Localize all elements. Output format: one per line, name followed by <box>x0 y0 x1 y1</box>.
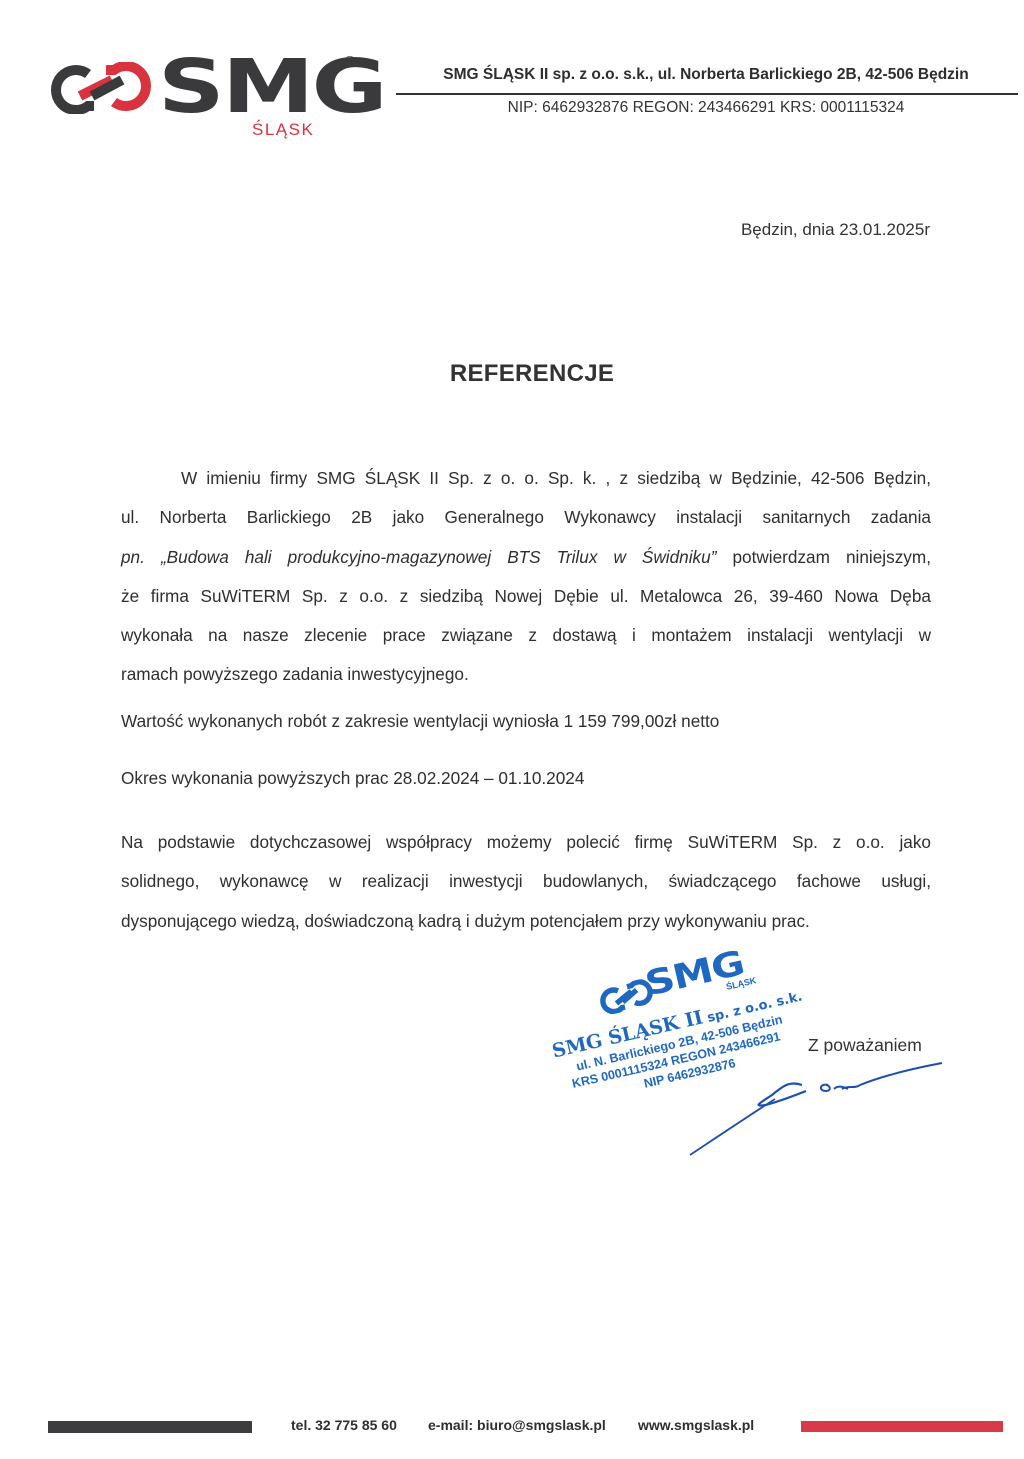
smg-infinity-link-logo-icon <box>48 62 152 114</box>
footer-phone: tel. 32 775 85 60 <box>291 1417 397 1433</box>
paragraph-line: wykonała na nasze zlecenie prace związan… <box>121 616 931 655</box>
handwritten-signature <box>680 1055 950 1165</box>
closing-salutation: Z poważaniem <box>808 1035 922 1056</box>
paragraph-line: że firma SuWiTERM Sp. z o.o. z siedzibą … <box>121 577 931 616</box>
execution-period: Okres wykonania powyższych prac 28.02.20… <box>121 768 584 789</box>
footer-website: www.smgslask.pl <box>638 1417 754 1433</box>
company-registry-line: NIP: 6462932876 REGON: 243466291 KRS: 00… <box>396 99 1016 117</box>
paragraph-line: ramach powyższego zadania inwestycyjnego… <box>121 655 931 694</box>
paragraph-line: dysponującego wiedzą, doświadczoną kadrą… <box>121 902 931 941</box>
company-logo: SMG ® ŚLĄSK <box>46 52 366 144</box>
stamp-wordmark: SMG <box>642 946 747 1002</box>
footer-bar-red <box>801 1421 1003 1432</box>
header-divider <box>396 93 1018 95</box>
project-name: pn. „Budowa hali produkcyjno-magazynowej… <box>121 547 716 567</box>
footer-bar-dark <box>48 1421 252 1433</box>
paragraph-intro: W imieniu firmy SMG ŚLĄSK II Sp. z o. o.… <box>121 459 931 695</box>
paragraph-recommendation: Na podstawie dotychczasowej współpracy m… <box>121 823 931 941</box>
contract-value: Wartość wykonanych robót z zakresie went… <box>121 711 719 732</box>
footer-email: e-mail: biuro@smgslask.pl <box>428 1417 606 1433</box>
company-address-line: SMG ŚLĄSK II sp. z o.o. s.k., ul. Norber… <box>396 66 1016 84</box>
logo-subtitle: ŚLĄSK <box>252 120 314 140</box>
paragraph-line: Na podstawie dotychczasowej współpracy m… <box>121 823 931 862</box>
paragraph-line: W imieniu firmy SMG ŚLĄSK II Sp. z o. o.… <box>121 459 931 498</box>
document-title: REFERENCJE <box>0 360 1024 388</box>
registered-mark: ® <box>344 54 356 72</box>
paragraph-line: ul. Norberta Barlickiego 2B jako General… <box>121 498 931 537</box>
document-date: Będzin, dnia 23.01.2025r <box>600 220 930 240</box>
project-suffix: potwierdzam niniejszym, <box>716 547 931 567</box>
paragraph-line: solidnego, wykonawcę w realizacji inwest… <box>121 862 931 901</box>
paragraph-line-project: pn. „Budowa hali produkcyjno-magazynowej… <box>121 538 931 577</box>
